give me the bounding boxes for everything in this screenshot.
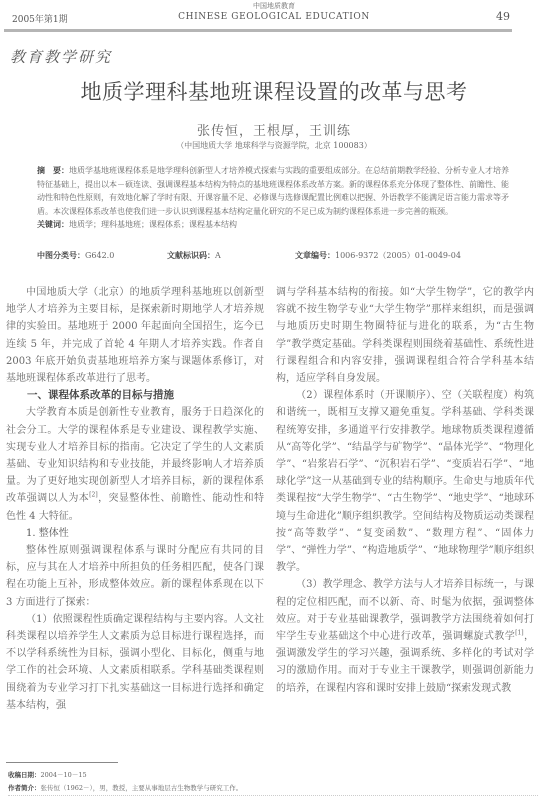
- doc-code-label: 文献标识码：: [167, 251, 215, 260]
- body-column-left: 中国地质大学（北京）的地质学理科基地班以创新型地学人才培养为主要目标，是探索新时…: [6, 284, 264, 714]
- paragraph: 大学教育本质是创新性专业教育，服务于日趋深化的社会分工。大学的课程体系是专业建设…: [6, 404, 264, 524]
- header-rule: [4, 29, 512, 32]
- page-number: 49: [496, 10, 510, 23]
- footnote-received: 收稿日期：2004－10－15: [8, 770, 87, 779]
- classification-row: 中图分类号：G642.0文献标识码：A文章编号：1006-9372（2005）0…: [37, 250, 515, 261]
- clc-label: 中图分类号：: [37, 251, 85, 260]
- paragraph: （3）教学理念、教学方法与人才培养目标统一，与课程的定位相匹配，而不以新、奇、时…: [276, 576, 534, 696]
- page-cutoff: [8, 795, 538, 799]
- citation-ref: [2]: [89, 492, 98, 499]
- abstract-text: 地质学基地班课程体系是地学理科创新型人才培养模式探索与实践的重要组成部分。在总结…: [37, 166, 509, 216]
- article-no-value: 1006-9372（2005）01-0049-04: [335, 251, 461, 260]
- article-no-label: 文章编号：: [295, 251, 335, 260]
- section-heading-1: 一、课程体系改革的目标与措施: [6, 387, 264, 404]
- doc-code-value: A: [215, 251, 221, 260]
- abstract: 摘 要：地质学基地班课程体系是地学理科创新型人才培养模式探索与实践的重要组成部分…: [37, 164, 515, 232]
- running-header: 2005年第1期 中国地质教育 CHINESE GEOLOGICAL EDUCA…: [0, 0, 548, 34]
- paragraph: （1）依照课程性质确定课程结构与主要内容。人文社科类课程以培养学生人文素质为总目…: [6, 611, 264, 714]
- paragraph: 整体性原则强调课程体系与课时分配应有共同的目标，应与其在人才培养中所担负的任务相…: [6, 542, 264, 611]
- keywords-label: 关键词：: [37, 220, 69, 229]
- body-column-right: 调与学科基本结构的衔接。如“大学生物学”，它的教学内容就不按生物学专业“大学生物…: [276, 284, 534, 697]
- subheading-integrity: 1. 整体性: [6, 525, 264, 542]
- section-tag: 教育教学研究: [10, 46, 112, 67]
- affiliation: （中国地质大学 地球科学与资源学院，北京 100083）: [0, 140, 548, 151]
- keywords-text: 地质学；理科基地班；课程体系；课程基本结构: [69, 220, 237, 229]
- journal-name-en: CHINESE GEOLOGICAL EDUCATION: [0, 12, 548, 22]
- abstract-label: 摘 要：: [37, 166, 69, 175]
- authors: 张传恒，王根厚，王训练: [0, 120, 548, 139]
- clc-value: G642.0: [85, 251, 114, 260]
- paragraph: （2）课程体系时（开课顺序）、空（关联程度）构筑和谐统一，既相互支撑又避免重复。…: [276, 387, 534, 576]
- paragraph-continued: 调与学科基本结构的衔接。如“大学生物学”，它的教学内容就不按生物学专业“大学生物…: [276, 284, 534, 387]
- intro-paragraph: 中国地质大学（北京）的地质学理科基地班以创新型地学人才培养为主要目标，是探索新时…: [6, 284, 264, 387]
- footnote-rule: [6, 762, 118, 763]
- citation-ref: [1]: [515, 630, 524, 637]
- footnote-author-bio: 作者简介：张传恒（1962－），男，教授，主要从事地层古生物教学与研究工作。: [8, 783, 242, 792]
- journal-name-cn: 中国地质教育: [0, 1, 548, 11]
- paper-title: 地质学理科基地班课程设置的改革与思考: [0, 76, 548, 106]
